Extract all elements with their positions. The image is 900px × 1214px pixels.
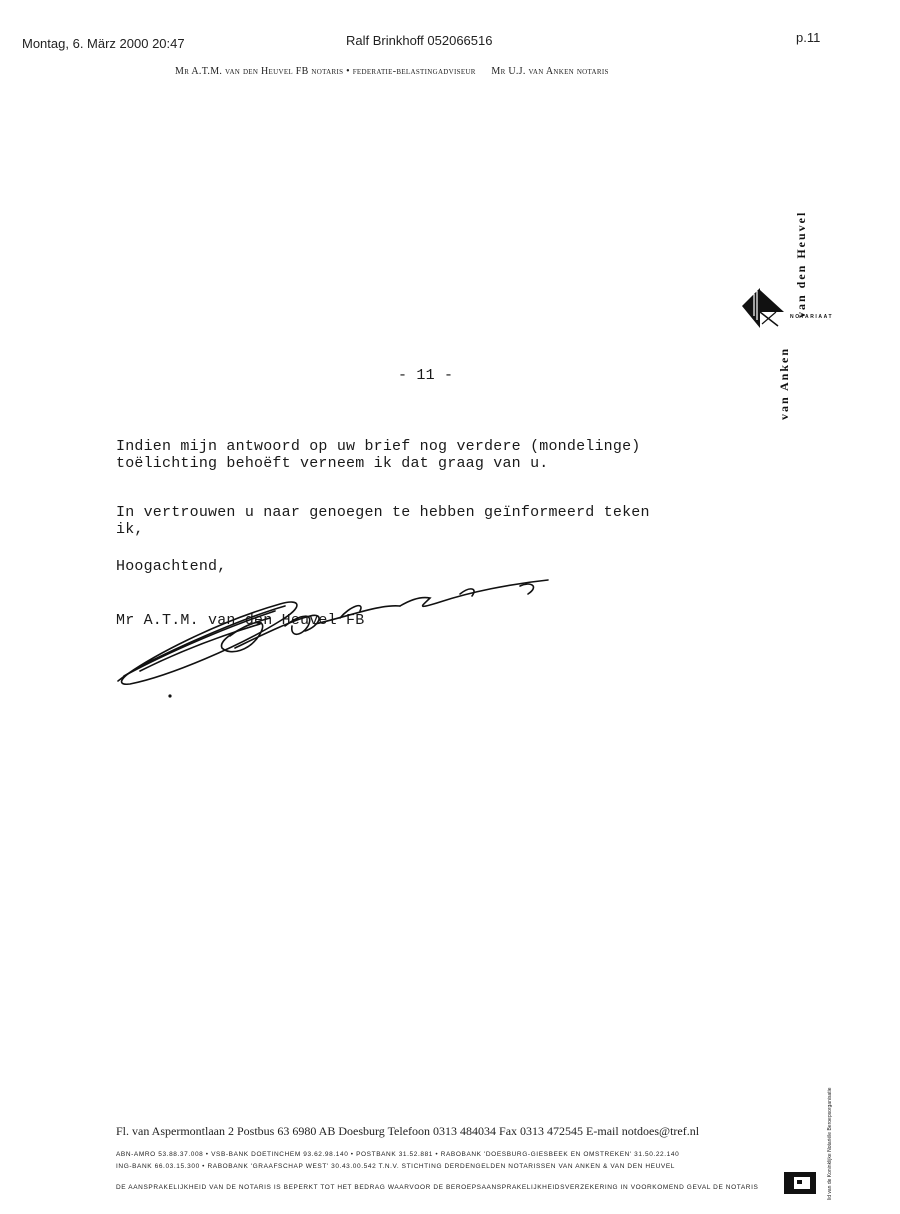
logo-name-top: van den Heuvel [794, 211, 809, 318]
letter-paragraph-2: In vertrouwen u naar genoegen te hebben … [116, 504, 650, 538]
footer-liability-notice: DE AANSPRAKELIJKHEID VAN DE NOTARIS IS B… [116, 1184, 758, 1191]
letter-paragraph-1: Indien mijn antwoord op uw brief nog ver… [116, 438, 640, 472]
footer-vertical-text: lid van de Koninklijke Notariële Beroeps… [827, 1087, 833, 1200]
logo-name-bottom: van Anken [777, 347, 792, 420]
fax-sender: Ralf Brinkhoff 052066516 [346, 33, 492, 48]
footer-bank-line-1: ABN-AMRO 53.88.37.008 • VSB-BANK DOETINC… [116, 1151, 679, 1158]
signature-icon [110, 576, 560, 706]
letterhead-partner-2: Mr U.J. van Anken notaris [491, 66, 608, 77]
fax-timestamp: Montag, 6. März 2000 20:47 [22, 36, 185, 51]
letterhead-partner-1: Mr A.T.M. van den Heuvel FB notaris • fe… [175, 66, 476, 77]
fax-page-number: p.11 [796, 30, 820, 45]
letter-page-number: - 11 - [398, 367, 453, 384]
triangle-logo-icon [740, 286, 786, 330]
letterhead-partners: Mr A.T.M. van den Heuvel FB notaris • fe… [175, 66, 609, 77]
firm-logo: van den Heuvel van Anken notariaat [738, 150, 858, 430]
footer-bank-line-2: ING-BANK 66.03.15.300 • RABOBANK 'GRAAFS… [116, 1163, 675, 1170]
letter-closing: Hoogachtend, [116, 558, 226, 575]
logo-subtitle: notariaat [790, 314, 833, 320]
footer-address: Fl. van Aspermontlaan 2 Postbus 63 6980 … [116, 1124, 699, 1139]
notary-seal-icon [784, 1172, 816, 1194]
